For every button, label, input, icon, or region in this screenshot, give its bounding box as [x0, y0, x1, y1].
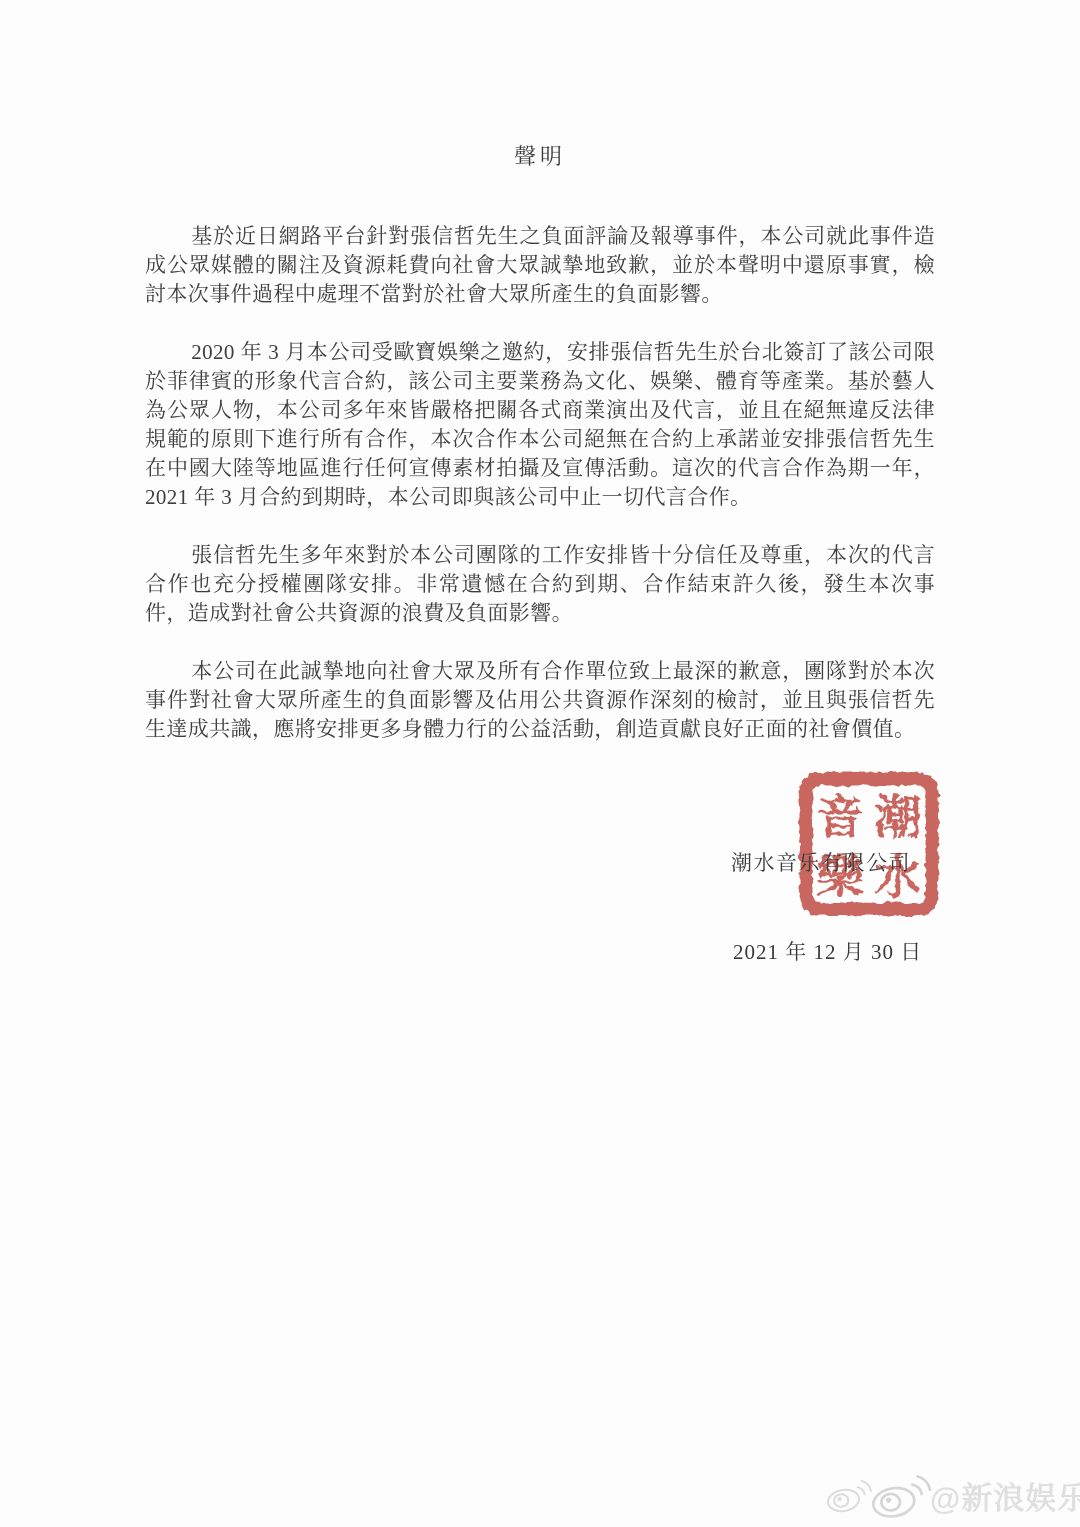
company-signature: 潮水音乐有限公司 — [731, 847, 911, 877]
sina-entertainment-watermark: @新浪娱乐 — [824, 1468, 1080, 1522]
statement-paragraph-3: 張信哲先生多年來對於本公司團隊的工作安排皆十分信任及尊重，本次的代言合作也充分授… — [145, 541, 935, 628]
seal-character-top-right: 潮 — [875, 793, 922, 845]
statement-paragraph-1: 基於近日網路平台針對張信哲先生之負面評論及報導事件，本公司就此事件造成公眾媒體的… — [145, 222, 935, 309]
document-title: 聲明 — [0, 0, 1080, 169]
watermark-text: @新浪娱乐 — [930, 1473, 1080, 1518]
statement-date: 2021 年 12 月 30 日 — [733, 936, 922, 966]
company-seal-stamp: 音 潮 樂 水 — [797, 770, 941, 918]
statement-document-page: 聲明 基於近日網路平台針對張信哲先生之負面評論及報導事件，本公司就此事件造成公眾… — [0, 0, 1080, 1527]
statement-paragraph-2: 2020 年 3 月本公司受歐寶娛樂之邀約，安排張信哲先生於台北簽訂了該公司限於… — [145, 338, 935, 512]
statement-body: 基於近日網路平台針對張信哲先生之負面評論及報導事件，本公司就此事件造成公眾媒體的… — [145, 222, 935, 744]
weibo-icon-small — [824, 1474, 874, 1516]
seal-character-top-left: 音 — [817, 793, 864, 845]
statement-paragraph-4: 本公司在此誠摯地向社會大眾及所有合作單位致上最深的歉意，團隊對於本次事件對社會大… — [145, 657, 935, 744]
weibo-icon-large — [868, 1468, 934, 1522]
seal-graphic: 音 潮 樂 水 — [797, 770, 941, 918]
